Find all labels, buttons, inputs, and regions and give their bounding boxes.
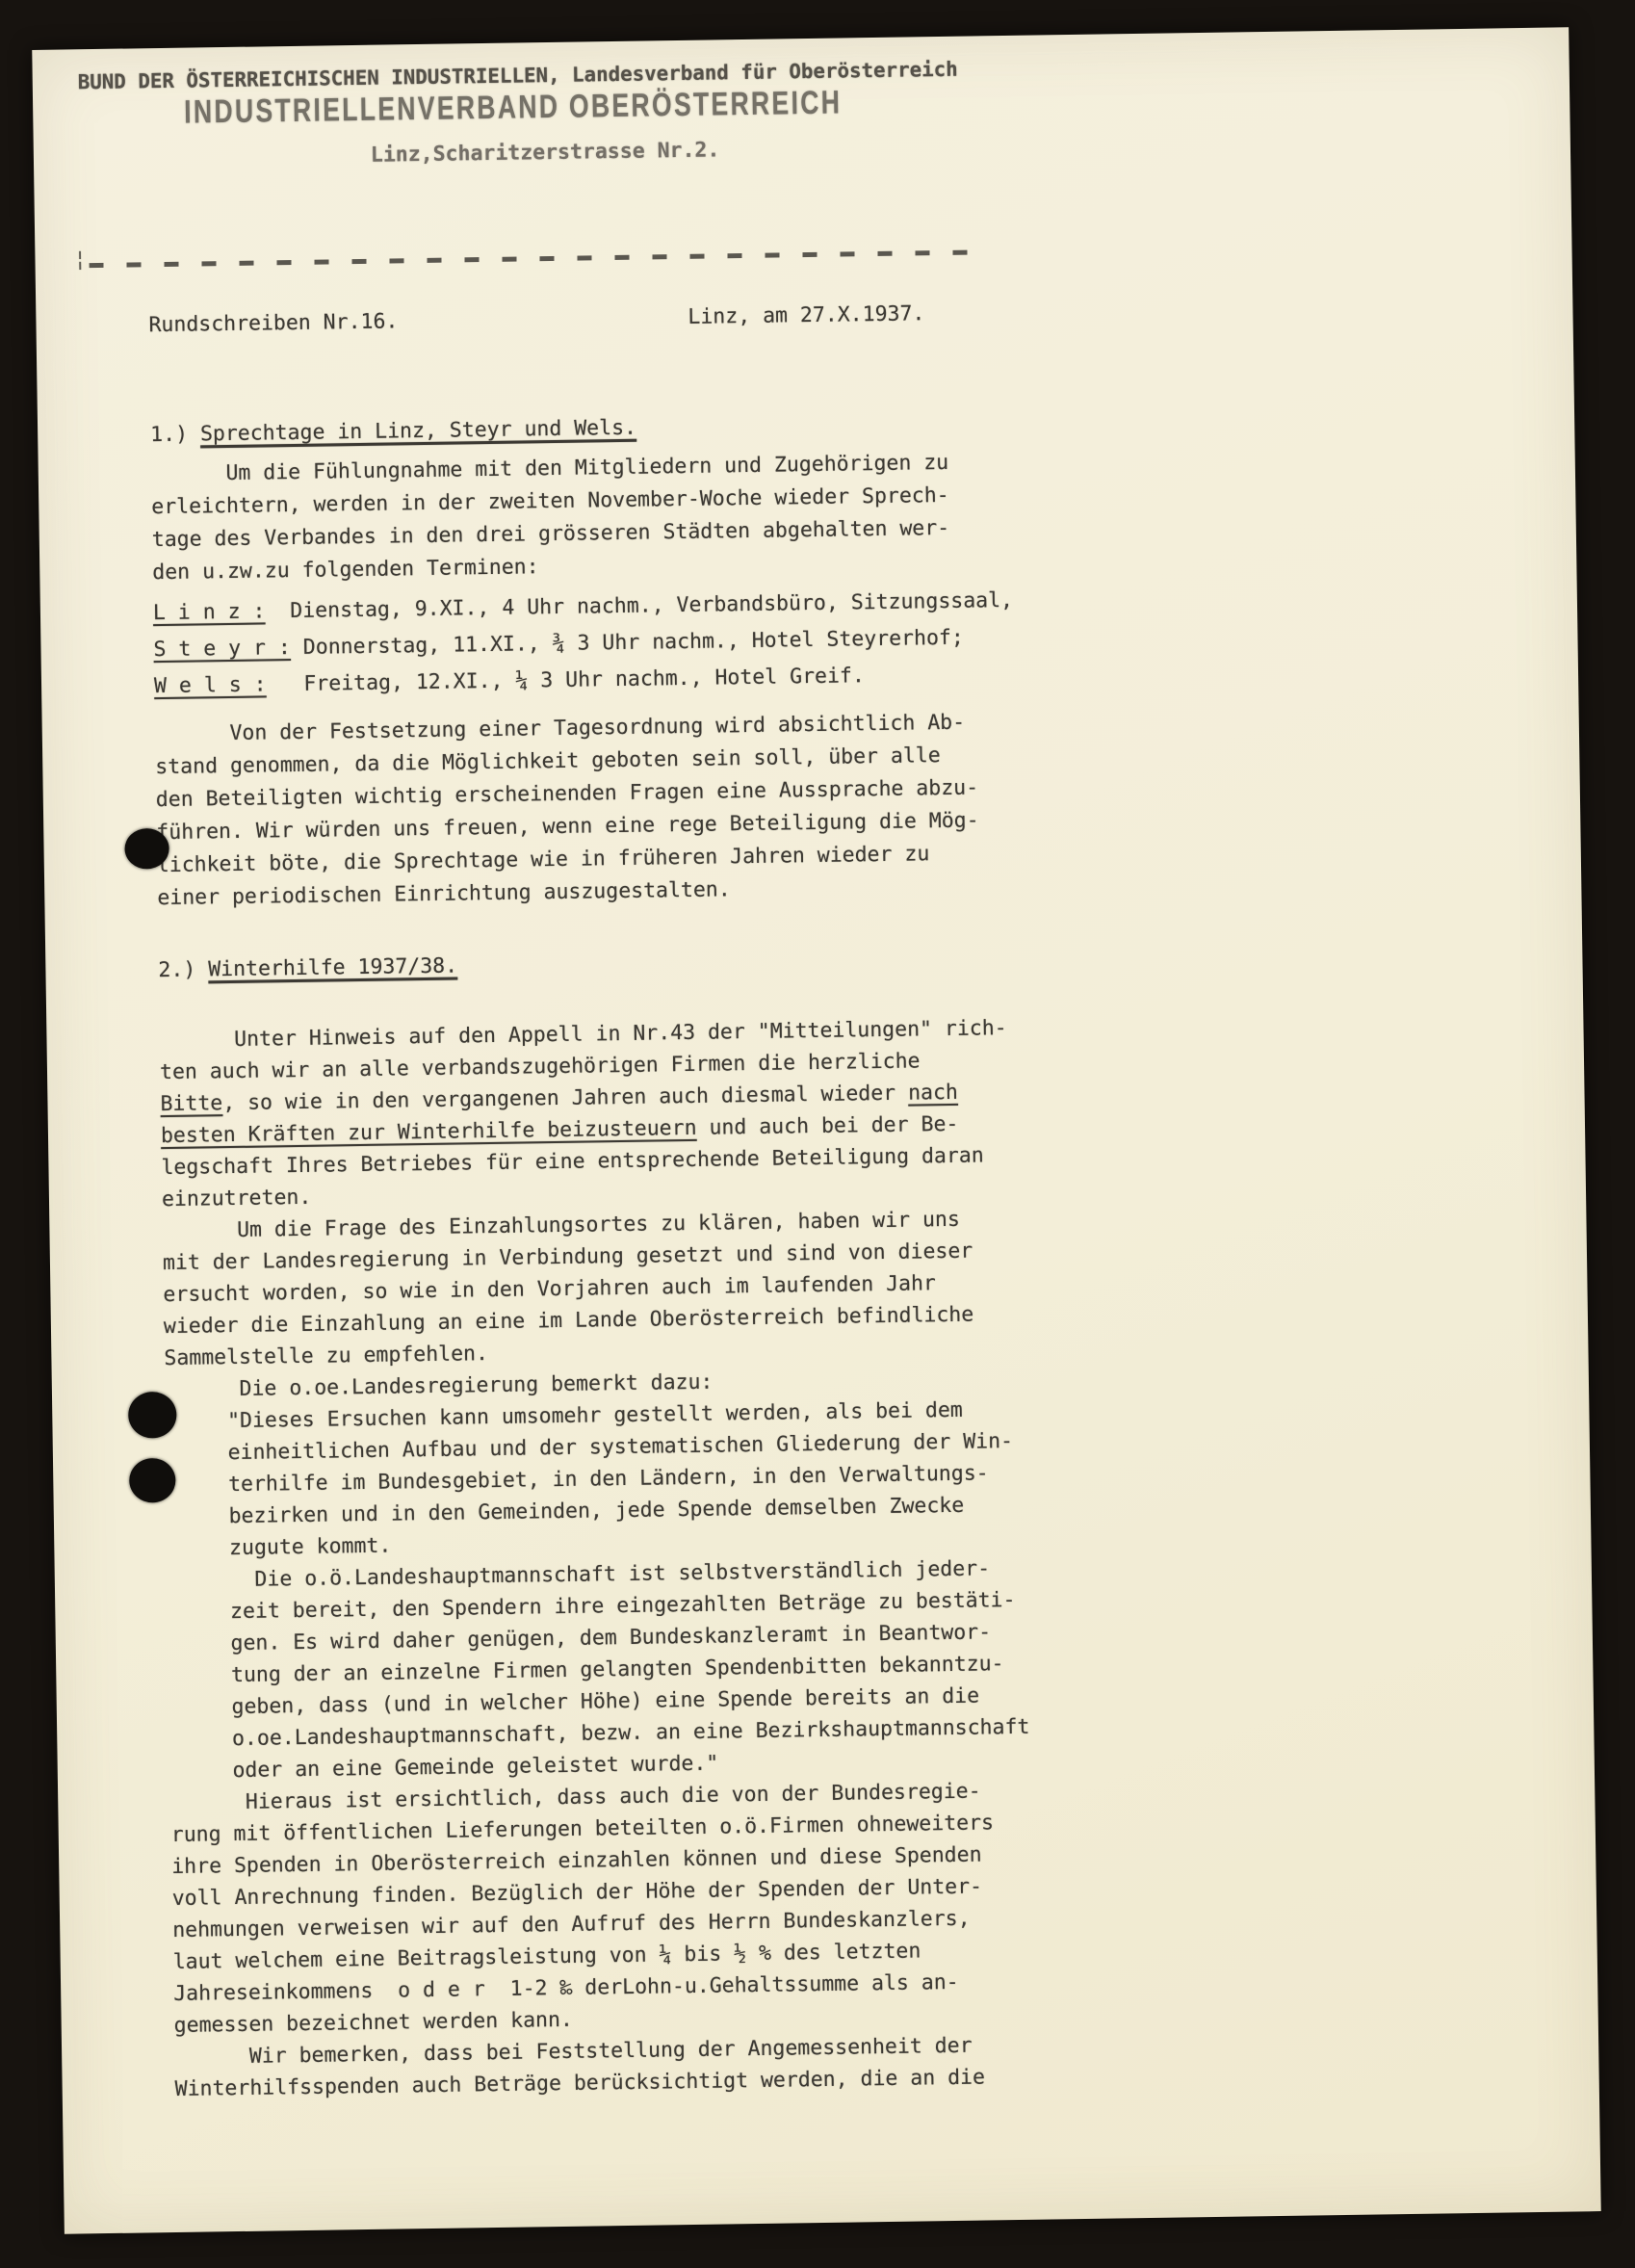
section-2-body: Unter Hinweis auf den Appell in Nr.43 de…	[159, 1012, 1035, 2105]
section-1-heading: 1.) Sprechtage in Linz, Steyr und Wels.	[150, 412, 636, 452]
stamp-address: Linz,Scharitzerstrasse Nr.2.	[371, 138, 720, 167]
text-line: 1.) Sprechtage in Linz, Steyr und Wels.	[150, 412, 636, 452]
circular-number: Rundschreiben Nr.16.	[148, 305, 398, 342]
section-2-heading: 2.) Winterhilfe 1937/38.	[158, 951, 457, 988]
scan-background: { "document": { "colors": { "paper": "#f…	[0, 0, 1635, 2268]
dateline: Linz, am 27.X.1937.	[688, 298, 924, 334]
separator-tick: ¦	[73, 248, 87, 272]
section-1-schedule-list: L i n z : Dienstag, 9.XI., 4 Uhr nachm.,…	[153, 583, 1015, 705]
section-1-paragraph-1: Um die Fühlungnahme mit den Mitgliedern …	[151, 447, 950, 589]
section-1-paragraph-2: Von der Festsetzung einer Tagesordnung w…	[155, 706, 980, 915]
document-page: BUND DER ÖSTERREICHISCHEN INDUSTRIELLEN,…	[32, 27, 1600, 2233]
separator-dashes	[90, 250, 968, 269]
text-line: 2.) Winterhilfe 1937/38.	[158, 951, 457, 988]
stamp-org-name: INDUSTRIELLENVERBAND OBERÖSTERREICH	[184, 84, 843, 131]
